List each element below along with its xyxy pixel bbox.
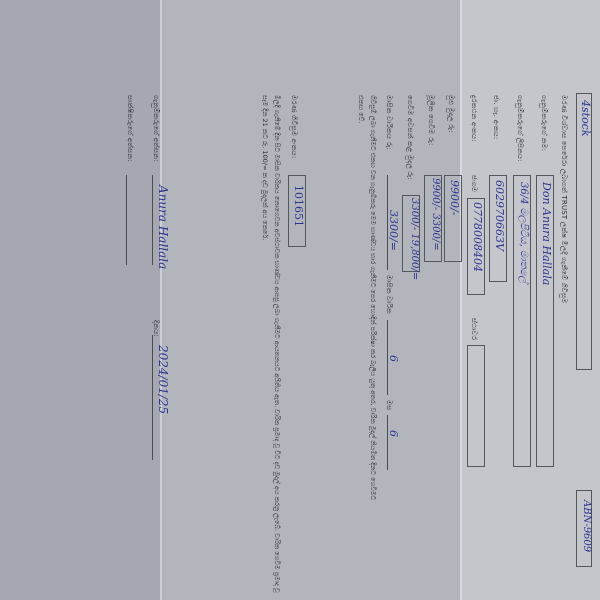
signature: Anura Hallala [156,185,170,269]
total-value: 9900/- [448,180,461,215]
agreement-number-label: මරණ ගිවිසුම අංකය: [289,95,298,158]
months-label: මස [384,400,393,410]
total-label: මුළු මුදල රු: [446,95,455,133]
balance-value: 3300/- 19,800/= [409,198,420,280]
installment-amount: 3300/= [387,210,400,251]
landline-field [467,345,485,467]
date-line [152,335,153,460]
signature-label: ගැනුම්කරුගේ අත්සන: [151,95,160,162]
address-label: ගැනුම්කරුගේ ලිපිනය: [515,95,524,162]
form-document: 4stock ABN-9609 මරණ විශ්වාස පෙරේරා ලබාගත… [0,0,600,600]
witness-line [126,175,127,265]
buyer-name-value: Don Anura Hallala [540,182,553,285]
terms-paragraph-2: මිලදී ගැනීමේ දින සිට මාසික වාරිකය නොගෙවන… [259,95,282,600]
stock-label: 4stock [579,100,592,137]
signature-line [152,175,153,265]
terms-paragraph-1: ගිවිසුම් ලබා ගැනීමට එකඟ වන ගැනුම්කරු මෙම… [355,95,378,505]
phone-label: දුරකථන අංකය: [469,95,478,142]
nic-label: ජා. හැ. අංකය: [491,95,500,140]
nic-value: 602970663V [493,180,506,251]
down-payment-label: මූලික ගෙවීම රු: [426,95,435,146]
installment-count: 6 [387,355,400,362]
witness-label: සාක්ෂිකරුගේ අත්සන: [125,95,134,162]
down-payment-value: 9900/- 3300/= [430,178,441,251]
form-header: මරණ විශ්වාස පෙරේරා ලබාගත් TRUST ලක්ෂ මිල… [559,95,568,303]
agreement-number: 101651 [292,185,305,227]
months-value: 6 [387,430,400,437]
mobile-value: 0778008404 [471,202,484,272]
buyer-name-label: ගැනුම්කරුගේ නම: [539,95,548,151]
installment-label: මාසික වාරිකය රු: [384,95,393,150]
landline-label: ස්ථාවර [469,318,478,340]
date-value: 2024/01/25 [156,345,170,414]
mobile-label: ජංගම [469,175,478,192]
installment-count-label: මාසික වාරික [384,275,393,314]
address-value: 36/4 මලපිටිය, මාතලේ [518,182,529,283]
ref-number: ABN-9609 [581,500,592,552]
months-line [387,415,388,470]
balance-label: ගෙවීම අවසන් කළ මුදල රු: [405,95,414,180]
